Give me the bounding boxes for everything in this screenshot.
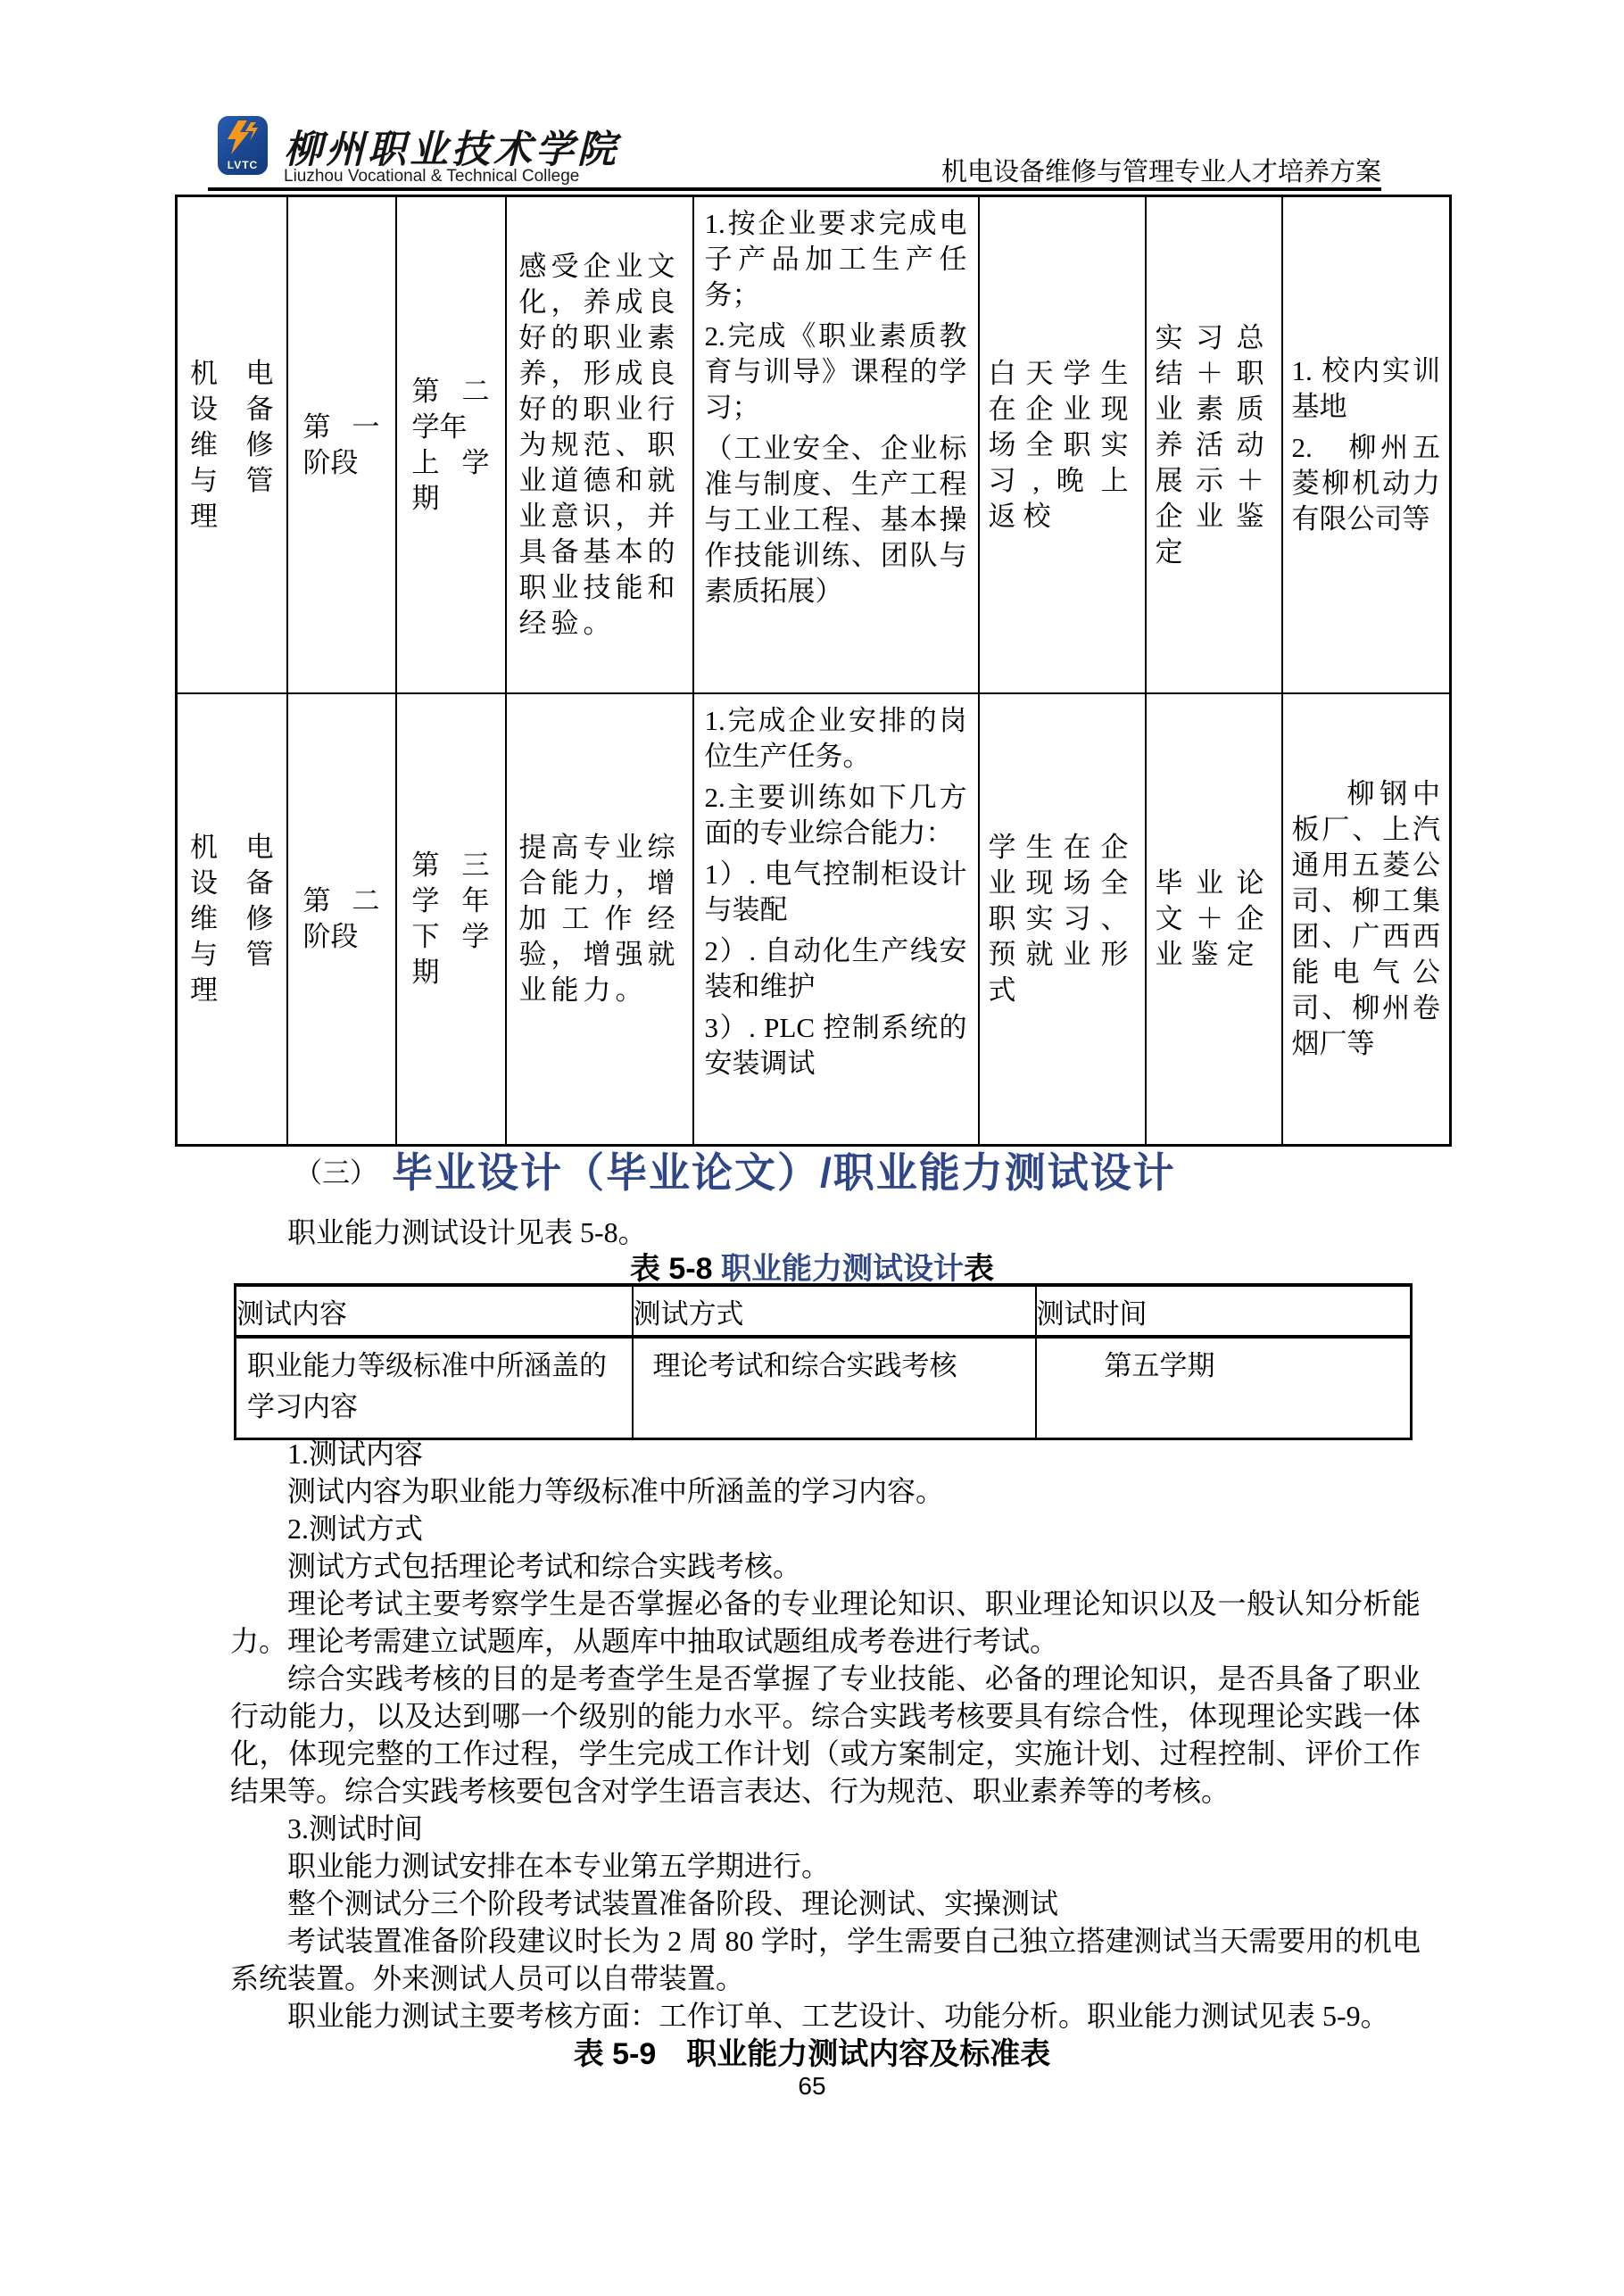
cell-line: 期	[412, 481, 490, 517]
cell-line: 与管	[190, 937, 274, 973]
cell-goal: 提高专业综合能力，增加工作经验，增强就业能力。	[506, 693, 693, 1146]
paragraph: 1.完成企业安排的岗位生产任务。	[705, 703, 967, 775]
paragraph: 2.测试方式	[230, 1510, 1421, 1547]
cell-line: 设备	[190, 392, 274, 427]
paragraph: （工业安全、企业标准与制度、生产工程与工业工程、基本操作技能训练、团队与素质拓展…	[705, 431, 967, 609]
logo-lvtc-label: LVTC	[218, 159, 268, 171]
paragraph: 1）. 电气控制柜设计与装配	[705, 857, 967, 928]
body-paragraphs: 1.测试内容测试内容为职业能力等级标准中所涵盖的学习内容。2.测试方式测试方式包…	[230, 1435, 1421, 2035]
cell-line: 维修	[190, 901, 274, 937]
paragraph: 1.按企业要求完成电子产品加工生产任务；	[705, 206, 967, 313]
internship-stage-table: 机电设备维修与管理 第一阶段 第二学年上学期 感受企业文化，养成良好的职业素养，…	[175, 195, 1452, 1147]
header-rule	[208, 187, 1381, 191]
cell-line: 与管	[190, 463, 274, 499]
college-name-chinese: 柳州职业技术学院	[284, 120, 619, 174]
paragraph: 2）. 自动化生产线安装和维护	[705, 933, 967, 1005]
cell-assessment: 毕业论文＋企业鉴定	[1146, 693, 1282, 1146]
header-test-content: 测试内容	[236, 1285, 633, 1337]
table-5-8-caption: 表 5-8 职业能力测试设计表	[0, 1244, 1624, 1288]
cell-line: 机电	[190, 830, 274, 866]
paragraph: 2.主要训练如下几方面的专业综合能力：	[705, 780, 967, 851]
section-heading: （三） 毕业设计（毕业论文）/职业能力测试设计	[294, 1140, 1176, 1199]
paragraph: 测试内容为职业能力等级标准中所涵盖的学习内容。	[230, 1472, 1421, 1510]
paragraph: 理论考试主要考察学生是否掌握必备的专业理论知识、职业理论知识以及一般认知分析能力…	[230, 1585, 1421, 1660]
cell-line: 第二	[303, 883, 380, 919]
section-number: （三）	[294, 1150, 377, 1190]
cell-line: 理	[190, 499, 274, 535]
document-header-title: 机电设备维修与管理专业人才培养方案	[941, 152, 1381, 188]
cell-line: 维修	[190, 427, 274, 463]
lightning-icon	[224, 120, 261, 155]
cell-line: 期	[412, 955, 490, 991]
table-5-9-caption: 表 5-9 职业能力测试内容及标准表	[0, 2029, 1624, 2073]
paragraph: 3.测试时间	[230, 1810, 1421, 1847]
page-number: 65	[0, 2072, 1624, 2101]
cell-base: 1. 校内实训基地2. 柳州五菱柳机动力有限公司等	[1282, 196, 1451, 694]
cell-line: 下学	[412, 919, 490, 955]
ability-test-design-table: 测试内容 测试方式 测试时间 职业能力等级标准中所涵盖的学习内容 理论考试和综合…	[234, 1283, 1413, 1440]
cell-line: 理	[190, 973, 274, 1008]
paragraph: 考试装置准备阶段建议时长为 2 周 80 学时，学生需要自己独立搭建测试当天需要…	[230, 1922, 1421, 1997]
paragraph: 1. 校内实训基地	[1292, 353, 1441, 425]
header-test-time: 测试时间	[1036, 1285, 1412, 1337]
cell-line: 上学	[412, 445, 490, 481]
cell-goal: 感受企业文化，养成良好的职业素养，形成良好的职业行为规范、职业道德和就业意识，并…	[506, 196, 693, 694]
cell-line: 阶段	[303, 919, 380, 955]
cell-stage: 第二阶段	[287, 693, 396, 1146]
cell-line: 学年	[412, 410, 490, 445]
table-header-row: 测试内容 测试方式 测试时间	[236, 1285, 1412, 1337]
caption-highlight: 职业能力测试设计	[721, 1252, 964, 1286]
caption-suffix: 表	[964, 1252, 994, 1286]
college-logo-icon: LVTC	[218, 116, 268, 175]
cell-form: 白天学生在企业现场全职实习,晚上返校	[979, 196, 1146, 694]
cell-content: 1.完成企业安排的岗位生产任务。2.主要训练如下几方面的专业综合能力：1）. 电…	[693, 693, 979, 1146]
paragraph: 测试方式包括理论考试和综合实践考核。	[230, 1547, 1421, 1585]
cell-test-time: 第五学期	[1036, 1337, 1412, 1439]
cell-test-method: 理论考试和综合实践考核	[633, 1337, 1036, 1439]
cell-term: 第三学年下学期	[396, 693, 506, 1146]
cell-line: 第二	[412, 374, 490, 410]
cell-line: 学年	[412, 883, 490, 919]
cell-stage: 第一阶段	[287, 196, 396, 694]
cell-term: 第二学年上学期	[396, 196, 506, 694]
cell-major: 机电设备维修与管理	[177, 693, 287, 1146]
paragraph: 2.完成《职业素质教育与训导》课程的学习；	[705, 319, 967, 426]
paragraph: 柳钢中板厂、上汽通用五菱公司、柳工集团、广西西能电气公司、柳州卷烟厂等	[1292, 776, 1441, 1062]
paragraph: 综合实践考核的目的是考查学生是否掌握了专业技能、必备的理论知识，是否具备了职业行…	[230, 1660, 1421, 1810]
paragraph: 2. 柳州五菱柳机动力有限公司等	[1292, 430, 1441, 537]
college-name-english: Liuzhou Vocational & Technical College	[284, 167, 579, 186]
cell-test-content: 职业能力等级标准中所涵盖的学习内容	[236, 1337, 633, 1439]
cell-form: 学生在企业现场全职实习、预就业形式	[979, 693, 1146, 1146]
cell-content: 1.按企业要求完成电子产品加工生产任务；2.完成《职业素质教育与训导》课程的学习…	[693, 196, 979, 694]
cell-assessment: 实习总结＋职业素质养活动展示＋企业鉴定	[1146, 196, 1282, 694]
cell-line: 阶段	[303, 445, 380, 481]
cell-base: 柳钢中板厂、上汽通用五菱公司、柳工集团、广西西能电气公司、柳州卷烟厂等	[1282, 693, 1451, 1146]
caption-prefix: 表 5-8	[630, 1252, 721, 1286]
cell-major: 机电设备维修与管理	[177, 196, 287, 694]
cell-line: 第一	[303, 410, 380, 445]
cell-line: 机电	[190, 356, 274, 392]
section-title: 毕业设计（毕业论文）/职业能力测试设计	[392, 1140, 1176, 1199]
paragraph: 整个测试分三个阶段考试装置准备阶段、理论测试、实操测试	[230, 1885, 1421, 1922]
table-row: 机电设备维修与管理 第二阶段 第三学年下学期 提高专业综合能力，增加工作经验，增…	[177, 693, 1451, 1146]
paragraph: 3）. PLC 控制系统的安装调试	[705, 1010, 967, 1082]
document-page: LVTC 柳州职业技术学院 Liuzhou Vocational & Techn…	[0, 0, 1624, 2296]
cell-line: 设备	[190, 866, 274, 901]
cell-line: 第三	[412, 848, 490, 883]
header-test-method: 测试方式	[633, 1285, 1036, 1337]
table-row: 职业能力等级标准中所涵盖的学习内容 理论考试和综合实践考核 第五学期	[236, 1337, 1412, 1439]
paragraph: 职业能力测试安排在本专业第五学期进行。	[230, 1847, 1421, 1885]
table-row: 机电设备维修与管理 第一阶段 第二学年上学期 感受企业文化，养成良好的职业素养，…	[177, 196, 1451, 694]
paragraph: 1.测试内容	[230, 1435, 1421, 1472]
